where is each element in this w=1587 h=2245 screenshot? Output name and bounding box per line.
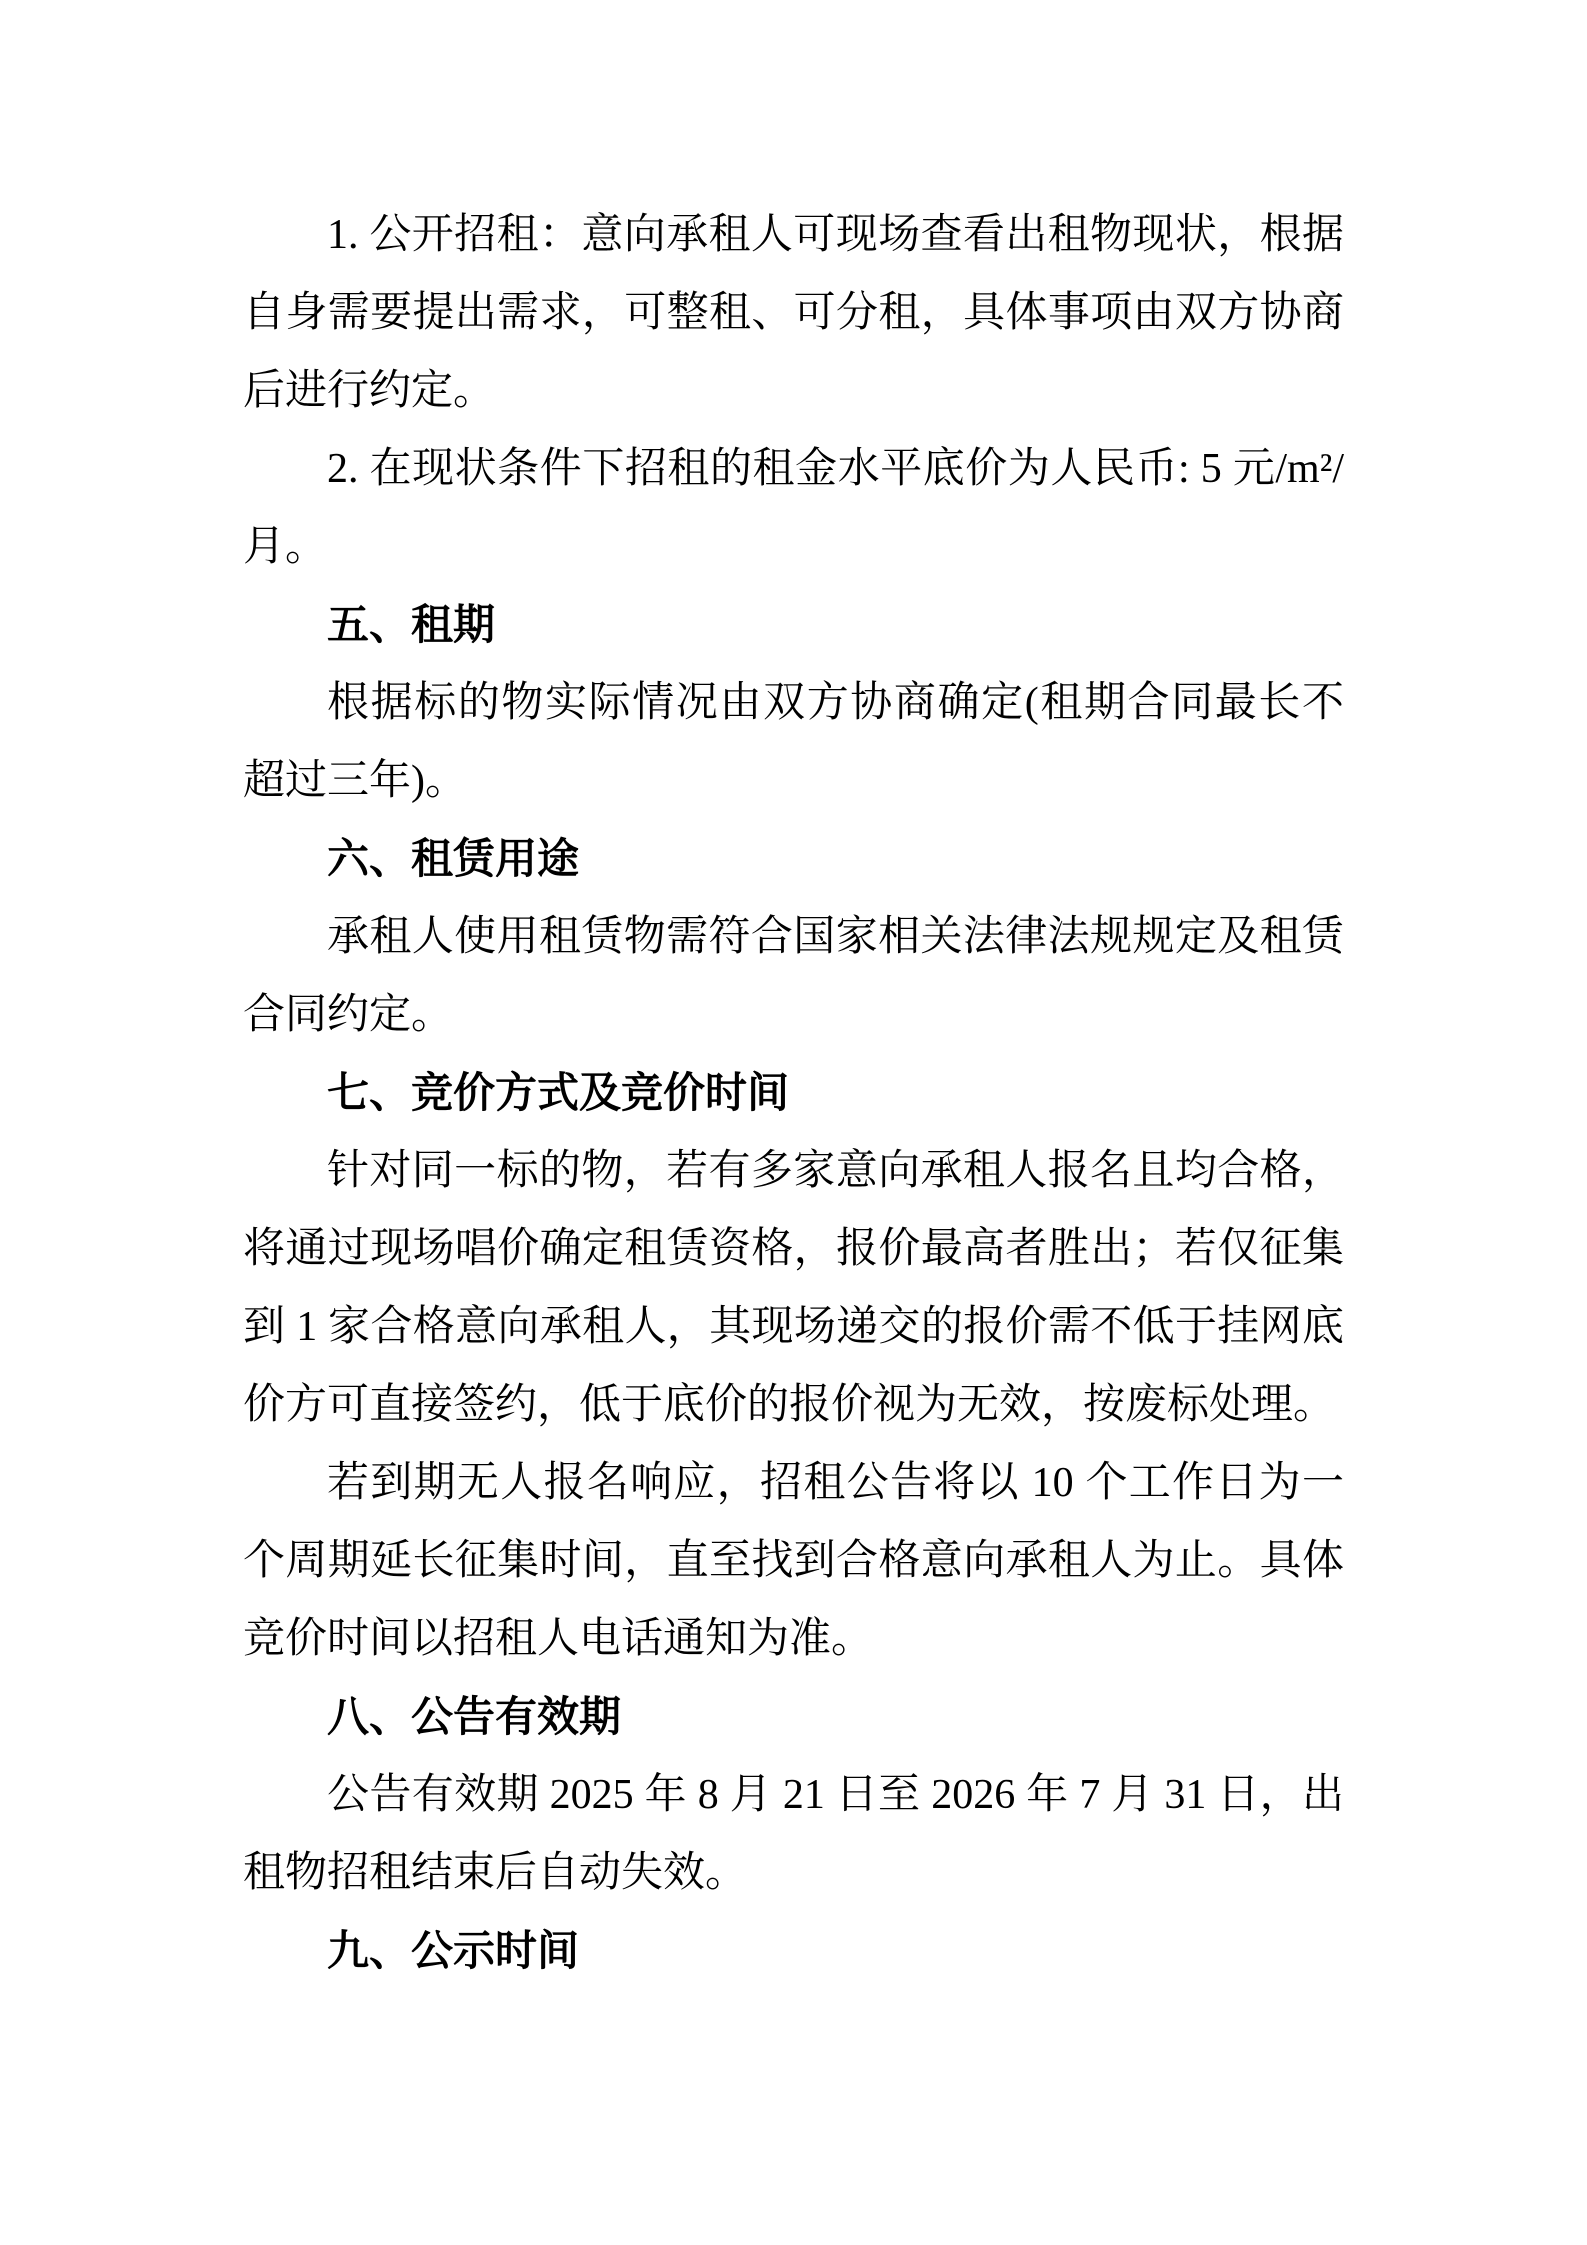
- document-paragraph: 根据标的物实际情况由双方协商确定(租期合同最长不超过三年)。: [243, 664, 1344, 820]
- section-heading: 五、租期: [243, 586, 1344, 664]
- section-heading: 七、竞价方式及竞价时间: [243, 1054, 1344, 1132]
- document-paragraph: 1. 公开招租：意向承租人可现场查看出租物现状，根据自身需要提出需求，可整租、可…: [243, 196, 1344, 430]
- document-paragraph: 承租人使用租赁物需符合国家相关法律法规规定及租赁合同约定。: [243, 898, 1344, 1054]
- document-paragraph: 公告有效期 2025 年 8 月 21 日至 2026 年 7 月 31 日，出…: [243, 1756, 1344, 1912]
- document-paragraph: 2. 在现状条件下招租的租金水平底价为人民币: 5 元/m²/月。: [243, 430, 1344, 586]
- section-heading: 六、租赁用途: [243, 820, 1344, 898]
- section-heading: 八、公告有效期: [243, 1678, 1344, 1756]
- document-paragraph: 针对同一标的物，若有多家意向承租人报名且均合格，将通过现场唱价确定租赁资格，报价…: [243, 1132, 1344, 1444]
- document-body: 1. 公开招租：意向承租人可现场查看出租物现状，根据自身需要提出需求，可整租、可…: [243, 196, 1344, 1990]
- document-page: 1. 公开招租：意向承租人可现场查看出租物现状，根据自身需要提出需求，可整租、可…: [0, 0, 1587, 2245]
- document-paragraph: 若到期无人报名响应，招租公告将以 10 个工作日为一个周期延长征集时间，直至找到…: [243, 1444, 1344, 1678]
- section-heading: 九、公示时间: [243, 1912, 1344, 1990]
